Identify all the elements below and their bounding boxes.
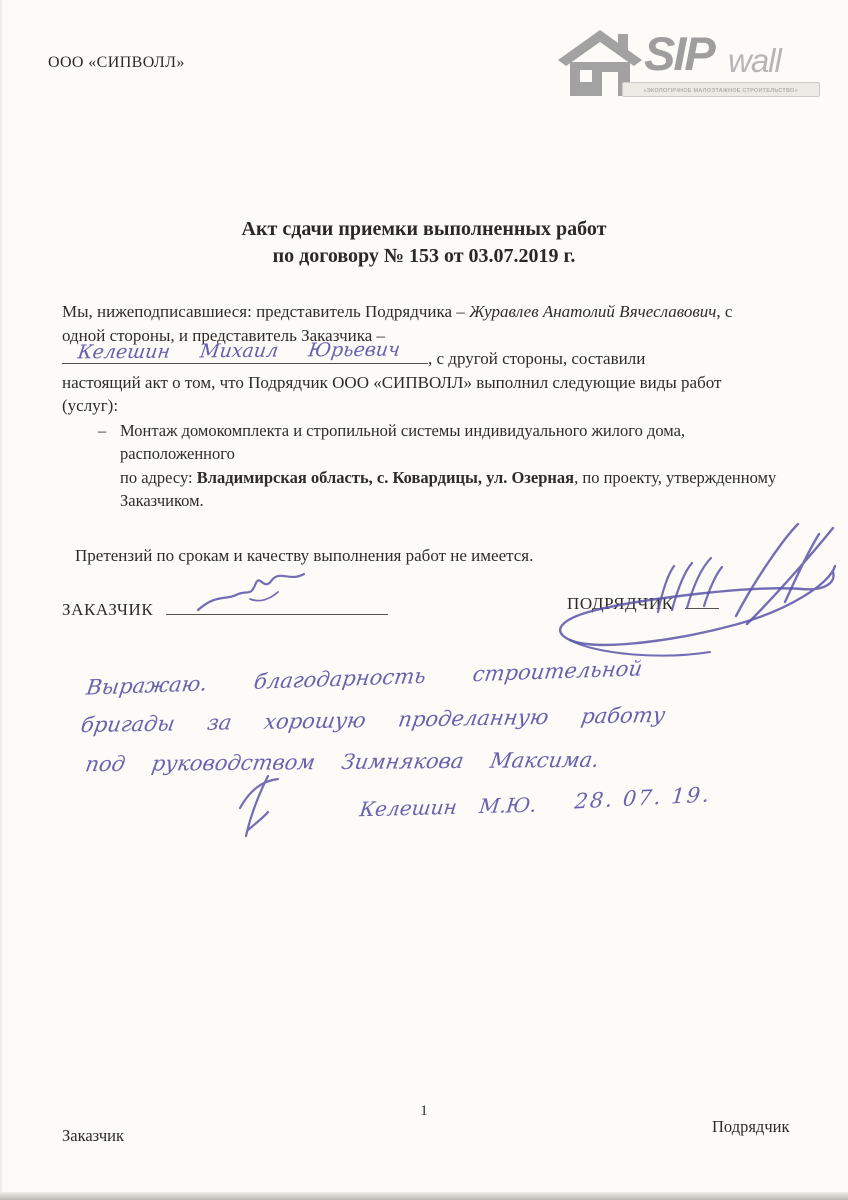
scan-edge-bottom xyxy=(0,1192,848,1200)
intro-line-1-text: Мы, нижеподписавшиеся: представитель Под… xyxy=(62,302,469,321)
document-title-line1: Акт сдачи приемки выполненных работ xyxy=(0,216,848,243)
work-item-line2-prefix: по адресу: xyxy=(120,468,197,487)
intro-line-4: настоящий акт о том, что Подрядчик ООО «… xyxy=(62,371,798,395)
work-item-line1: Монтаж домокомплекта и стропильной систе… xyxy=(120,421,685,464)
work-item: – Монтаж домокомплекта и стропильной сис… xyxy=(62,419,798,513)
note-line-3: под руководством Зимнякова Максима. xyxy=(84,748,601,776)
handwritten-customer-name: Келешин Михаил Юрьевич xyxy=(76,339,401,365)
intro-line-5: (услуг): xyxy=(62,394,798,418)
note-signature-scribble xyxy=(228,772,298,842)
note-signature-date: 28. 07. 19. xyxy=(574,782,712,813)
company-header: ООО «СИПВОЛЛ» xyxy=(48,54,185,72)
work-site-address: Владимирская область, с. Ковардицы, ул. … xyxy=(197,468,574,487)
customer-label: ЗАКАЗЧИК xyxy=(62,600,153,619)
work-item-line3: Заказчиком. xyxy=(120,491,204,510)
work-item-text: Монтаж домокомплекта и стропильной систе… xyxy=(120,419,798,513)
note-line-1: Выражаю. благодарность строительной xyxy=(85,656,644,699)
footer-contractor-label: Подрядчик xyxy=(712,1117,789,1137)
sipwall-logo: SIP wall «ЭКОЛОГИЧНОЕ МАЛОЭТАЖНОЕ СТРОИТ… xyxy=(552,24,820,108)
contractor-representative-name: Журавлев Анатолий Вячеславович xyxy=(469,302,716,321)
scanned-document-page: ООО «СИПВОЛЛ» SIP wall «ЭКОЛОГИЧНОЕ МАЛО… xyxy=(0,0,848,1200)
document-title-line2: по договору № 153 от 03.07.2019 г. xyxy=(0,243,848,270)
logo-tagline-bar: «ЭКОЛОГИЧНОЕ МАЛОЭТАЖНОЕ СТРОИТЕЛЬСТВО» xyxy=(622,82,820,97)
after-blank-text: , с другой стороны, составили xyxy=(428,349,645,368)
work-item-line2-suffix: , по проекту, утвержденному xyxy=(574,468,776,487)
note-line-2: бригады за хорошую проделанную работу xyxy=(79,703,667,737)
logo-tagline-text: «ЭКОЛОГИЧНОЕ МАЛОЭТАЖНОЕ СТРОИТЕЛЬСТВО» xyxy=(644,86,799,92)
customer-signature-scribble xyxy=(192,568,312,620)
intro-line-1-tail: , с xyxy=(716,302,732,321)
footer-customer-label: Заказчик xyxy=(62,1126,124,1146)
list-dash: – xyxy=(98,419,106,443)
document-title: Акт сдачи приемки выполненных работ по д… xyxy=(0,216,848,270)
logo-text-wall: wall xyxy=(728,42,781,80)
customer-name-blank-line: Келешин Михаил Юрьевич, с другой стороны… xyxy=(62,347,798,371)
scan-edge-left xyxy=(0,0,3,1200)
logo-text-sip: SIP xyxy=(644,26,714,81)
intro-line-1: Мы, нижеподписавшиеся: представитель Под… xyxy=(62,300,798,324)
note-signature-name: Келешин М.Ю. xyxy=(358,793,538,822)
contractor-signature xyxy=(540,520,845,668)
